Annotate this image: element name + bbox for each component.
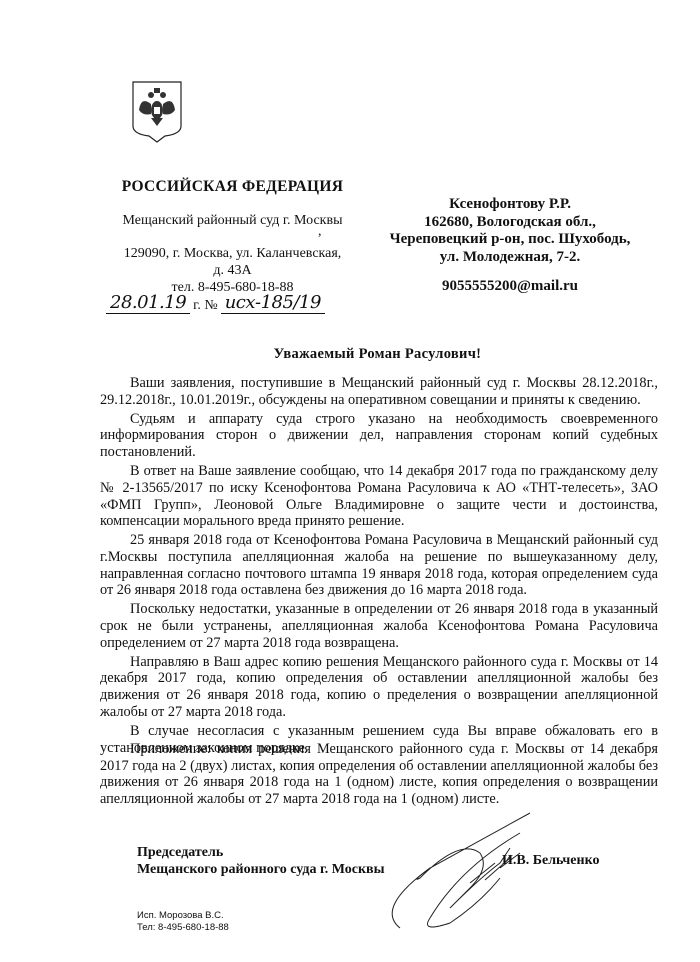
paragraph: Судьям и аппарату суда строго указано на… [100, 411, 658, 461]
outgoing-number: исх-185/19 [221, 293, 325, 314]
executor-info: Исп. Морозова В.С. Тел: 8-495-680-18-88 [137, 910, 229, 934]
signer-title: Председатель Мещанского районного суда г… [137, 844, 385, 878]
letter-body: Ваши заявления, поступившие в Мещанский … [100, 375, 658, 759]
greeting: Уважаемый Роман Расулович! [100, 346, 655, 363]
executor-name: Исп. Морозова В.С. [137, 910, 229, 922]
paragraph: Поскольку недостатки, указанные в опреде… [100, 601, 658, 651]
paragraph: Ваши заявления, поступившие в Мещанский … [100, 375, 658, 408]
signer-title-line: Мещанского районного суда г. Москвы [137, 861, 385, 878]
recipient-name: Ксенофонтову Р.Р. [375, 196, 645, 214]
outgoing-label: г. № [193, 298, 218, 314]
recipient-email: 9055555200@mail.ru [375, 278, 645, 295]
country-title: РОССИЙСКАЯ ФЕДЕРАЦИЯ [100, 178, 365, 196]
court-name: Мещанский районный суд г. Москвы [100, 213, 365, 229]
recipient-address-line: ул. Молодежная, 7-2. [375, 249, 645, 267]
recipient-address-line: Череповецкий р-он, пос. Шухободь, [375, 231, 645, 249]
stray-mark: , [318, 224, 322, 240]
coat-of-arms-icon [131, 80, 183, 144]
outgoing-date: 28.01.19 [106, 293, 190, 314]
court-address: 129090, г. Москва, ул. Каланчевская, д. … [100, 245, 365, 296]
attachment-note: Приложение: копия решения Мещанского рай… [100, 741, 658, 808]
handwritten-signature-icon [370, 808, 600, 938]
executor-phone: Тел: 8-495-680-18-88 [137, 922, 229, 934]
outgoing-reference: 28.01.19 г. № исх-185/19 [106, 293, 325, 314]
paragraph: Направляю в Ваш адрес копию решения Меща… [100, 654, 658, 721]
paragraph: 25 января 2018 года от Ксенофонтова Рома… [100, 532, 658, 599]
recipient-block: Ксенофонтову Р.Р. 162680, Вологодская об… [375, 196, 645, 266]
recipient-address-line: 162680, Вологодская обл., [375, 214, 645, 232]
paragraph: В ответ на Ваше заявление сообщаю, что 1… [100, 463, 658, 530]
address-line: д. 43А [100, 262, 365, 279]
address-line: 129090, г. Москва, ул. Каланчевская, [100, 245, 365, 262]
signer-name: И.В. Бельченко [502, 853, 599, 869]
signer-title-line: Председатель [137, 844, 385, 861]
